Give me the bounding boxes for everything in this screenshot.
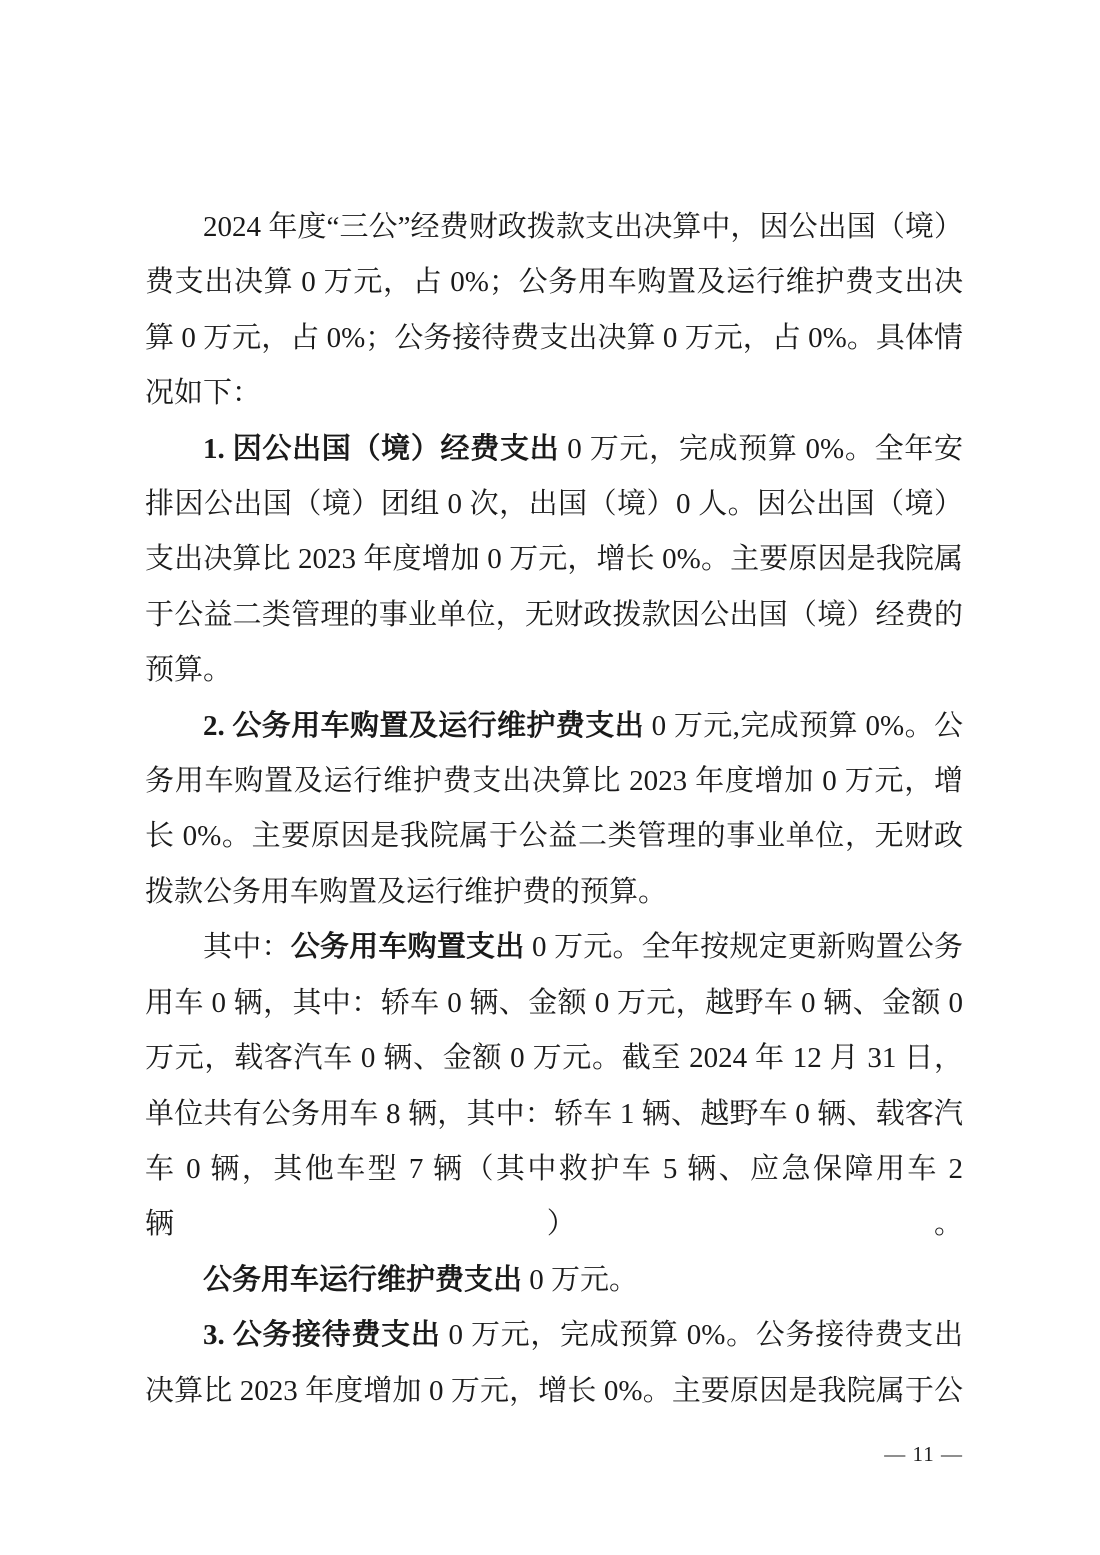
text-line: 万元，载客汽车 0 辆、金额 0 万元。截至 2024 年 12 月 31 日， — [145, 1031, 963, 1086]
heading-run: 3. 公务接待费支出 — [203, 1319, 441, 1351]
text-line: 算 0 万元，占 0%；公务接待费支出决算 0 万元，占 0%。具体情 — [145, 311, 963, 366]
text-run: 算 0 万元，占 0%；公务接待费支出决算 0 万元，占 0%。具体情 — [145, 322, 963, 354]
text-line: 排因公出国（境）团组 0 次，出国（境）0 人。因公出国（境） — [145, 477, 963, 532]
text-line: 其中：公务用车购置支出 0 万元。全年按规定更新购置公务 — [145, 920, 963, 975]
paragraph-vehicle-maintenance-detail: 公务用车运行维护费支出 0 万元。 — [145, 1253, 963, 1308]
text-line: 车 0 辆，其他车型 7 辆（其中救护车 5 辆、应急保障用车 2 辆）。 — [145, 1142, 963, 1253]
paragraph-intro: 2024 年度“三公”经费财政拨款支出决算中，因公出国（境）费支出决算 0 万元… — [145, 200, 963, 422]
heading-run: 2. 公务用车购置及运行维护费支出 — [203, 710, 644, 742]
document-body: 2024 年度“三公”经费财政拨款支出决算中，因公出国（境）费支出决算 0 万元… — [145, 0, 963, 1419]
text-run: 支出决算比 2023 年度增加 0 万元，增长 0%。主要原因是我院属 — [145, 543, 963, 575]
text-run: 0 万元。 — [522, 1264, 638, 1296]
paragraph-item-3-reception-expense: 3. 公务接待费支出 0 万元，完成预算 0%。公务接待费支出决算比 2023 … — [145, 1308, 963, 1419]
text-line: 务用车购置及运行维护费支出决算比 2023 年度增加 0 万元，增 — [145, 754, 963, 809]
text-line: 长 0%。主要原因是我院属于公益二类管理的事业单位，无财政 — [145, 809, 963, 864]
text-line: 费支出决算 0 万元，占 0%；公务用车购置及运行维护费支出决 — [145, 255, 963, 310]
text-line: 支出决算比 2023 年度增加 0 万元，增长 0%。主要原因是我院属 — [145, 532, 963, 587]
text-run: 决算比 2023 年度增加 0 万元，增长 0%。主要原因是我院属于公 — [145, 1375, 963, 1407]
text-run: 车 0 辆，其他车型 7 辆（其中救护车 5 辆、应急保障用车 2 辆）。 — [145, 1153, 963, 1240]
document-page: 2024 年度“三公”经费财政拨款支出决算中，因公出国（境）费支出决算 0 万元… — [0, 0, 1100, 1555]
text-run: 0 万元，完成预算 0%。公务接待费支出 — [441, 1319, 963, 1351]
text-run: 拨款公务用车购置及运行维护费的预算。 — [145, 876, 667, 908]
page-number: — 11 — — [884, 1442, 963, 1467]
text-line: 单位共有公务用车 8 辆，其中：轿车 1 辆、越野车 0 辆、载客汽 — [145, 1087, 963, 1142]
text-run: 费支出决算 0 万元，占 0%；公务用车购置及运行维护费支出决 — [145, 266, 963, 298]
heading-run: 1. 因公出国（境）经费支出 — [203, 433, 559, 465]
text-line: 拨款公务用车购置及运行维护费的预算。 — [145, 865, 963, 920]
text-line: 于公益二类管理的事业单位，无财政拨款因公出国（境）经费的 — [145, 588, 963, 643]
text-run: 用车 0 辆，其中：轿车 0 辆、金额 0 万元，越野车 0 辆、金额 0 — [145, 987, 963, 1019]
text-run: 况如下： — [145, 377, 261, 409]
text-run: 务用车购置及运行维护费支出决算比 2023 年度增加 0 万元，增 — [145, 765, 963, 797]
paragraph-item-1-abroad-expense: 1. 因公出国（境）经费支出 0 万元，完成预算 0%。全年安排因公出国（境）团… — [145, 422, 963, 699]
text-line: 用车 0 辆，其中：轿车 0 辆、金额 0 万元，越野车 0 辆、金额 0 — [145, 976, 963, 1031]
text-run: 单位共有公务用车 8 辆，其中：轿车 1 辆、越野车 0 辆、载客汽 — [145, 1098, 963, 1130]
text-run: 预算。 — [145, 654, 232, 686]
text-run: 其中： — [203, 931, 291, 963]
text-run: 万元，载客汽车 0 辆、金额 0 万元。截至 2024 年 12 月 31 日， — [145, 1042, 963, 1074]
heading-run: 公务用车购置支出 — [291, 931, 525, 963]
text-line: 2. 公务用车购置及运行维护费支出 0 万元,完成预算 0%。公 — [145, 699, 963, 754]
text-line: 决算比 2023 年度增加 0 万元，增长 0%。主要原因是我院属于公 — [145, 1364, 963, 1419]
text-line: 预算。 — [145, 643, 963, 698]
text-run: 0 万元,完成预算 0%。公 — [644, 710, 963, 742]
paragraph-vehicle-purchase-detail: 其中：公务用车购置支出 0 万元。全年按规定更新购置公务用车 0 辆，其中：轿车… — [145, 920, 963, 1252]
text-run: 长 0%。主要原因是我院属于公益二类管理的事业单位，无财政 — [145, 820, 963, 852]
text-line: 公务用车运行维护费支出 0 万元。 — [145, 1253, 963, 1308]
text-line: 3. 公务接待费支出 0 万元，完成预算 0%。公务接待费支出 — [145, 1308, 963, 1363]
text-run: 于公益二类管理的事业单位，无财政拨款因公出国（境）经费的 — [145, 599, 963, 631]
text-line: 2024 年度“三公”经费财政拨款支出决算中，因公出国（境） — [145, 200, 963, 255]
text-run: 2024 年度“三公”经费财政拨款支出决算中，因公出国（境） — [203, 211, 963, 243]
text-line: 况如下： — [145, 366, 963, 421]
heading-run: 公务用车运行维护费支出 — [203, 1264, 522, 1296]
text-line: 1. 因公出国（境）经费支出 0 万元，完成预算 0%。全年安 — [145, 422, 963, 477]
text-run: 0 万元。全年按规定更新购置公务 — [525, 931, 963, 963]
text-run: 0 万元，完成预算 0%。全年安 — [559, 433, 963, 465]
paragraph-item-2-vehicle-expense: 2. 公务用车购置及运行维护费支出 0 万元,完成预算 0%。公务用车购置及运行… — [145, 699, 963, 921]
text-run: 排因公出国（境）团组 0 次，出国（境）0 人。因公出国（境） — [145, 488, 963, 520]
